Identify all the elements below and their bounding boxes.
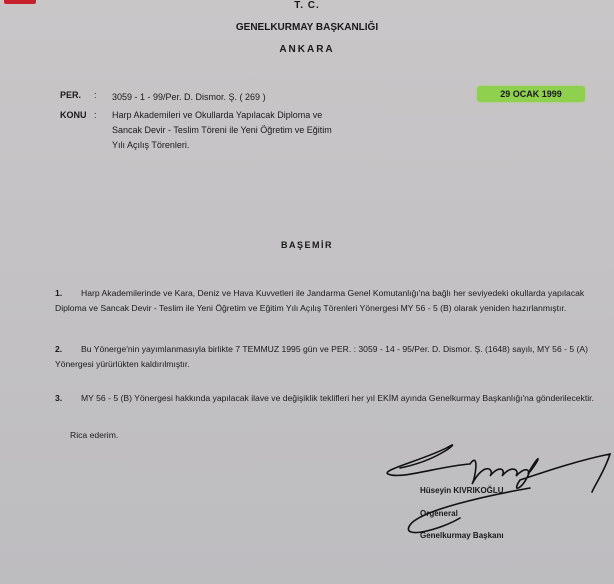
paragraph-number: 3.	[55, 391, 81, 406]
paragraph-2: 2.Bu Yönerge'nin yayımlanmasıyla birlikt…	[55, 342, 600, 372]
reference-label: PER.	[60, 90, 81, 100]
paragraph-3: 3.MY 56 - 5 (B) Yönergesi hakkında yapıl…	[55, 391, 600, 406]
header-city: ANKARA	[0, 44, 614, 55]
reference-value: 3059 - 1 - 99/Per. D. Dismor. Ş. ( 269 )	[112, 90, 342, 105]
subject-colon: :	[94, 110, 97, 120]
subject-value: Harp Akademileri ve Okullarda Yapılacak …	[112, 108, 342, 153]
document-page: T. C. GENELKURMAY BAŞKANLIĞI ANKARA PER.…	[0, 0, 614, 584]
paragraph-text: Bu Yönerge'nin yayımlanmasıyla birlikte …	[55, 344, 588, 369]
date-stamp: 29 OCAK 1999	[477, 86, 585, 102]
paragraph-number: 1.	[55, 286, 81, 301]
header-organization: GENELKURMAY BAŞKANLIĞI	[0, 22, 614, 33]
signatory-title: Genelkurmay Başkanı	[420, 531, 504, 540]
header-state: T. C.	[0, 0, 614, 11]
subject-label: KONU	[60, 110, 87, 120]
reference-colon: :	[94, 90, 97, 100]
paragraph-1: 1.Harp Akademilerinde ve Kara, Deniz ve …	[55, 286, 600, 316]
paragraph-text: MY 56 - 5 (B) Yönergesi hakkında yapılac…	[81, 393, 594, 403]
salutation: BAŞEMİR	[0, 240, 614, 250]
paragraph-number: 2.	[55, 342, 81, 357]
closing-line: Rica ederim.	[70, 430, 118, 440]
signatory-name: Hüseyin KIVRIKOĞLU	[420, 486, 504, 495]
signatory-rank: Orgeneral	[420, 509, 458, 518]
paragraph-text: Harp Akademilerinde ve Kara, Deniz ve Ha…	[55, 288, 584, 313]
